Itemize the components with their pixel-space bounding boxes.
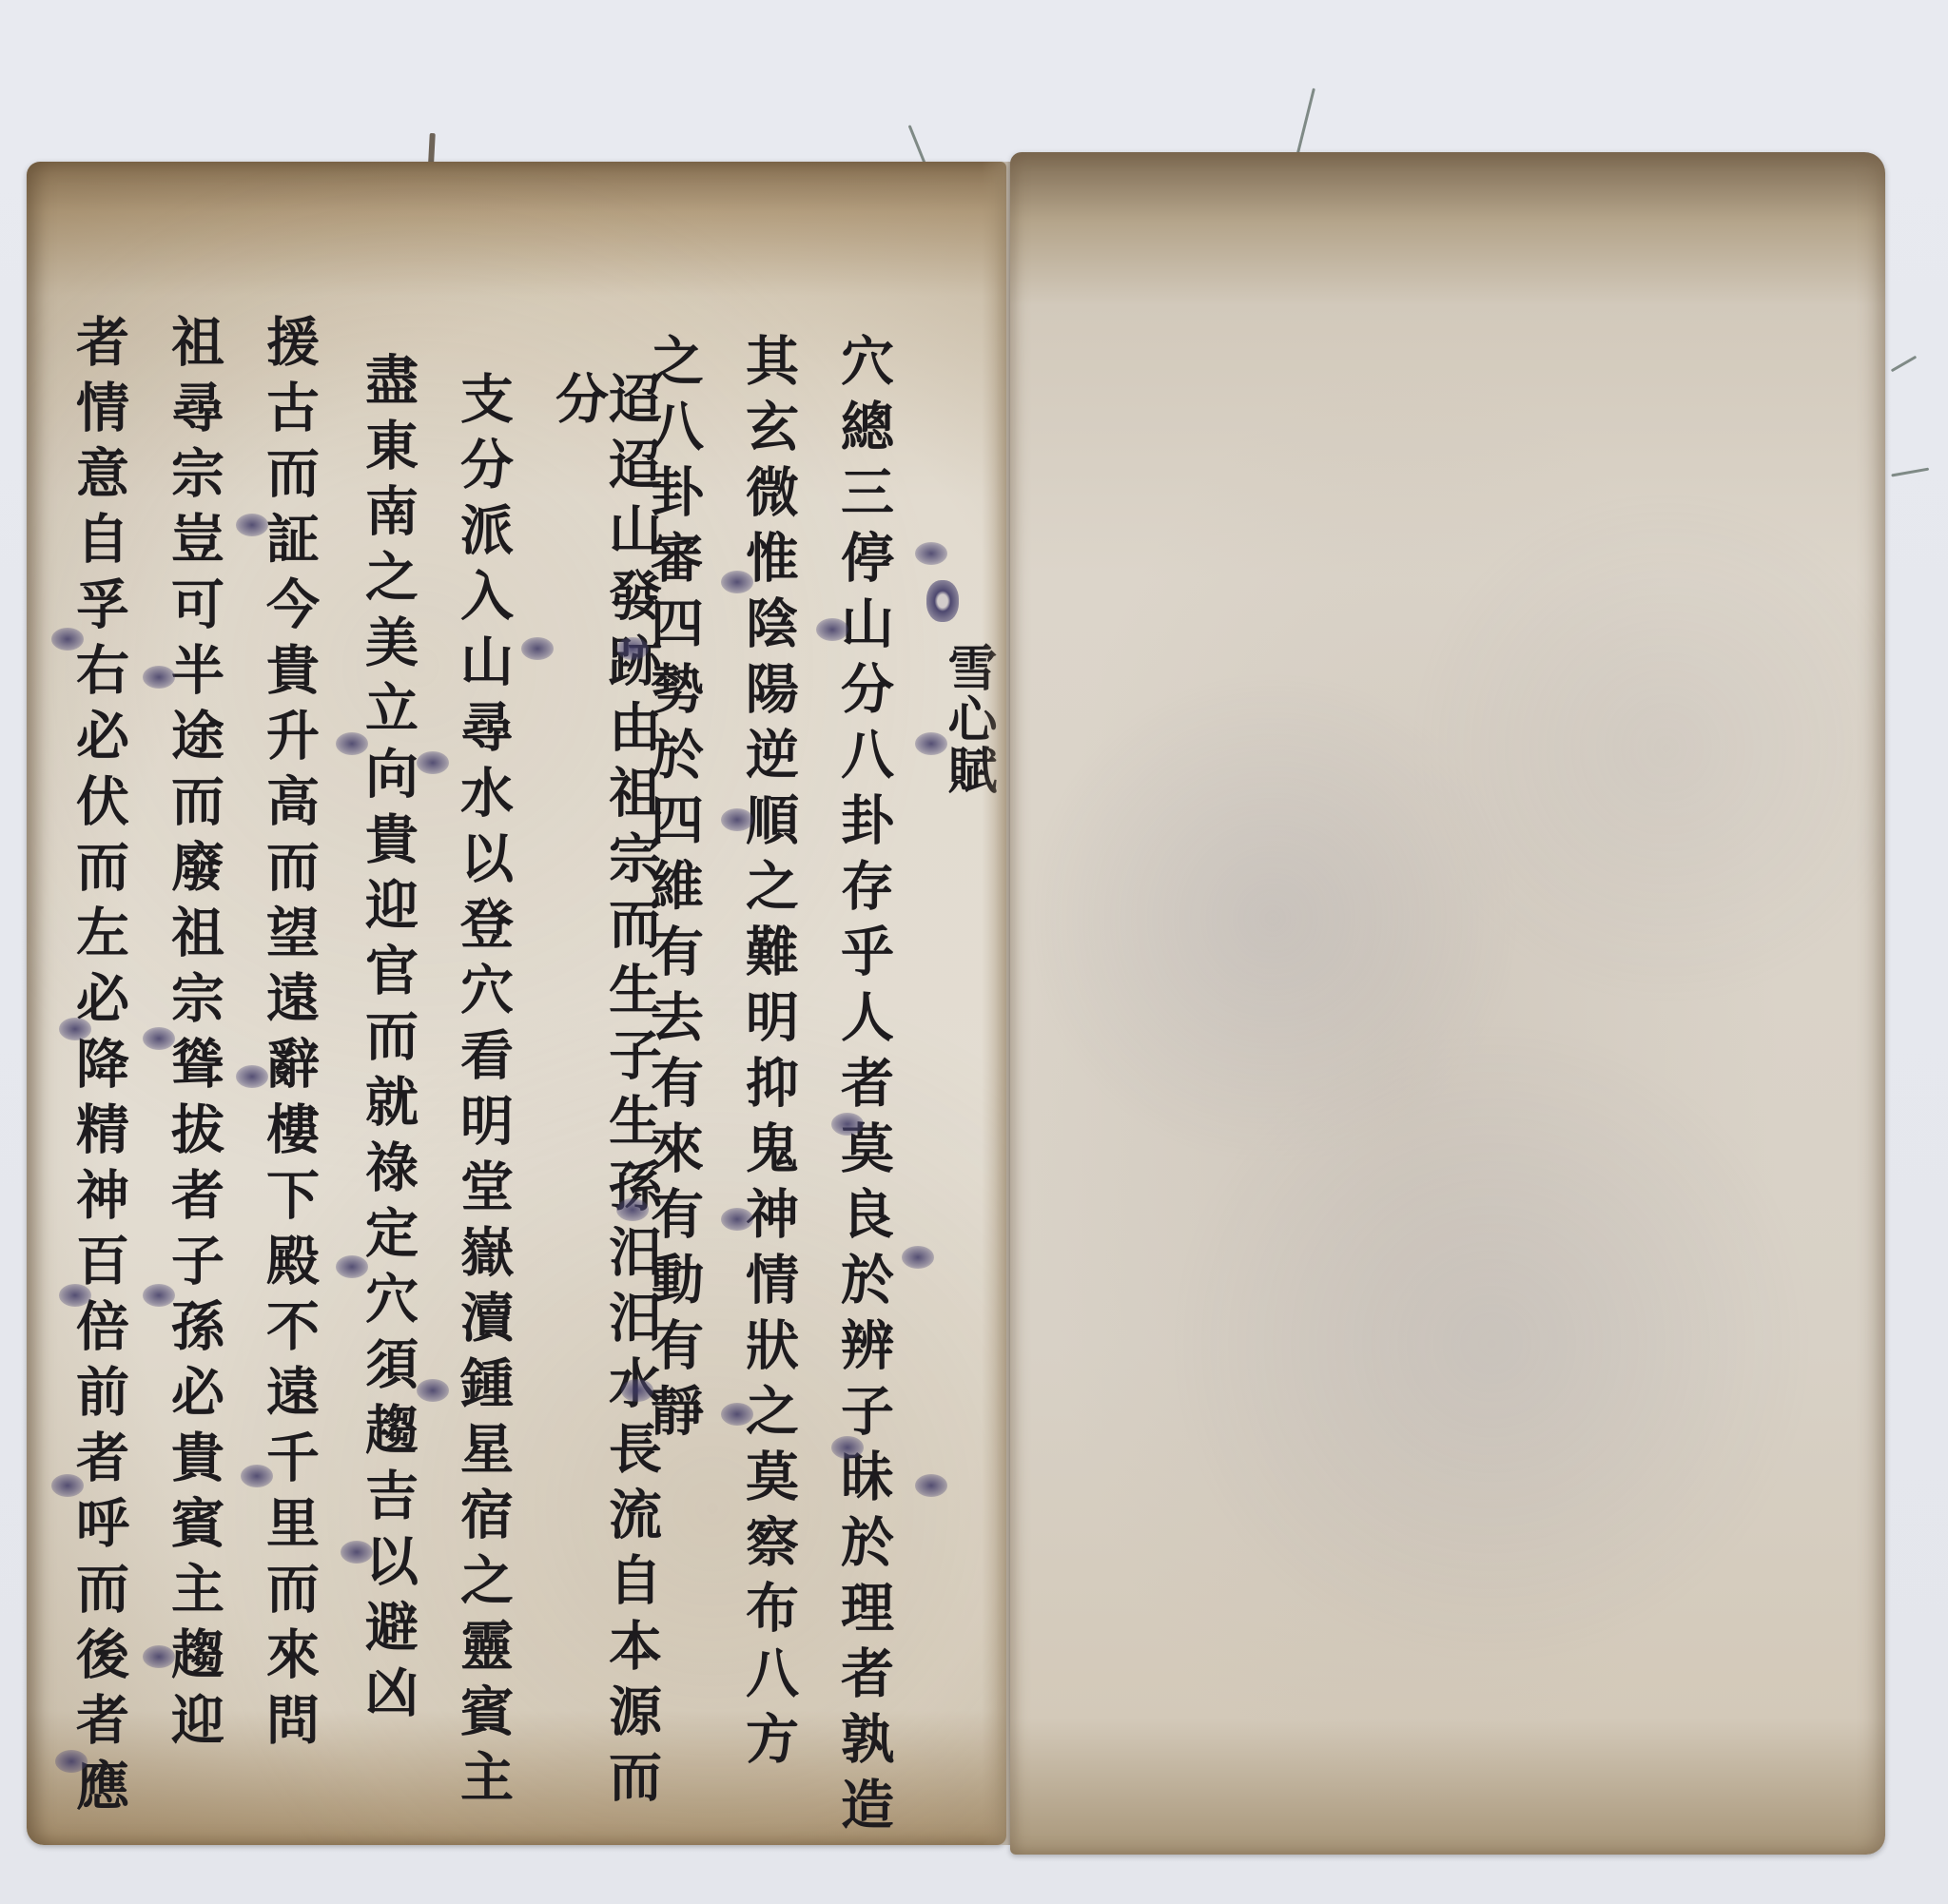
punctuation-mark (902, 1246, 934, 1269)
punctuation-mark (721, 1208, 753, 1231)
punctuation-mark (59, 1018, 91, 1040)
punctuation-mark (143, 1645, 175, 1668)
punctuation-mark (236, 514, 268, 536)
punctuation-mark (915, 732, 947, 755)
text-column-5: 支分派入山尋水以登穴看明堂嶽瀆鍾星宿之靈賓主 (457, 371, 510, 1815)
binding-thread (1891, 468, 1929, 477)
punctuation-mark (143, 1284, 175, 1307)
punctuation-mark (721, 808, 753, 831)
text-column-4: 迢迢山發跡由祖宗而生子生孫汨汨水長流自本源而分 (552, 371, 658, 1855)
punctuation-mark (915, 1474, 947, 1497)
punctuation-mark (915, 542, 947, 565)
text-column-8: 祖尋宗豈可半途而廢祖宗聳拔者子孫必貴賓主趨迎 (167, 314, 221, 1758)
manuscript-text: 雪心賦 穴總三停山分八卦存乎人者莫良於辨子昧於理者孰造 其玄微惟陰陽逆順之難明抑… (55, 295, 1006, 1855)
punctuation-mark (59, 1284, 91, 1307)
punctuation-mark (417, 1379, 449, 1402)
punctuation-mark (143, 666, 175, 689)
punctuation-mark (616, 637, 649, 660)
right-page-blank (1010, 152, 1885, 1855)
punctuation-mark (816, 618, 848, 641)
punctuation-mark (236, 1065, 268, 1088)
punctuation-mark (51, 1474, 84, 1497)
punctuation-mark (521, 637, 554, 660)
punctuation-mark (55, 1750, 88, 1773)
punctuation-mark (417, 751, 449, 774)
punctuation-mark (616, 1198, 649, 1221)
text-column-7: 援古而証今貴升高而望遠辭樓下殿不遠千里而來問 (263, 314, 316, 1758)
punctuation-mark (721, 1403, 753, 1426)
text-column-2: 其玄微惟陰陽逆順之難明抑鬼神情狀之莫察布八方 (742, 333, 795, 1777)
binding-thread (1891, 356, 1917, 373)
punctuation-mark (143, 1027, 175, 1050)
punctuation-mark (341, 1541, 373, 1564)
punctuation-mark (621, 1379, 653, 1402)
text-column-1: 穴總三停山分八卦存乎人者莫良於辨子昧於理者孰造 (837, 333, 890, 1842)
text-column-6: 盡東南之美立向貴迎官而就祿定穴須趨吉以避凶 (361, 352, 415, 1730)
punctuation-mark (721, 571, 753, 593)
punctuation-mark (51, 628, 84, 651)
left-page: 雪心賦 穴總三停山分八卦存乎人者莫良於辨子昧於理者孰造 其玄微惟陰陽逆順之難明抑… (27, 162, 1006, 1845)
punctuation-mark (336, 1255, 368, 1278)
open-book: 雪心賦 穴總三停山分八卦存乎人者莫良於辨子昧於理者孰造 其玄微惟陰陽逆順之難明抑… (21, 152, 1885, 1855)
punctuation-mark (241, 1465, 273, 1487)
text-column-9: 者情意自孚右必伏而左必降精神百倍前者呼而後者應 (72, 314, 126, 1823)
punctuation-mark (831, 1113, 864, 1136)
circle-mark (926, 580, 959, 622)
punctuation-mark (336, 732, 368, 755)
punctuation-mark (831, 1436, 864, 1459)
